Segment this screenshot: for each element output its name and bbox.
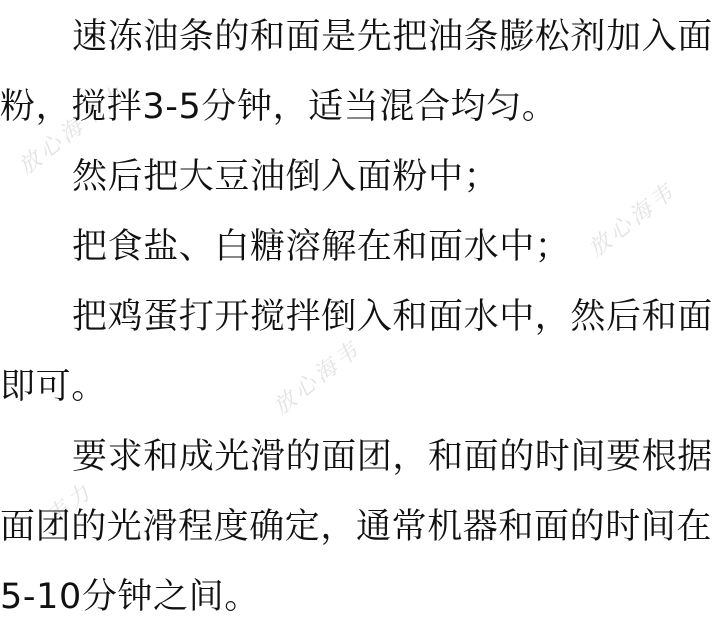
paragraph-eggs: 把鸡蛋打开搅拌倒入和面水中，然后和面即可。	[0, 282, 720, 422]
paragraph-dough-time: 要求和成光滑的面团，和面的时间要根据面团的光滑程度确定，通常机器和面的时间在5-…	[0, 422, 720, 630]
paragraph-salt-sugar: 把食盐、白糖溶解在和面水中；	[0, 212, 720, 282]
paragraph-soybean-oil: 然后把大豆油倒入面粉中；	[0, 142, 720, 212]
paragraph-mixing-intro: 速冻油条的和面是先把油条膨松剂加入面粉，搅拌3-5分钟，适当混合均匀。	[0, 2, 720, 142]
article-body: 速冻油条的和面是先把油条膨松剂加入面粉，搅拌3-5分钟，适当混合均匀。 然后把大…	[0, 2, 720, 630]
